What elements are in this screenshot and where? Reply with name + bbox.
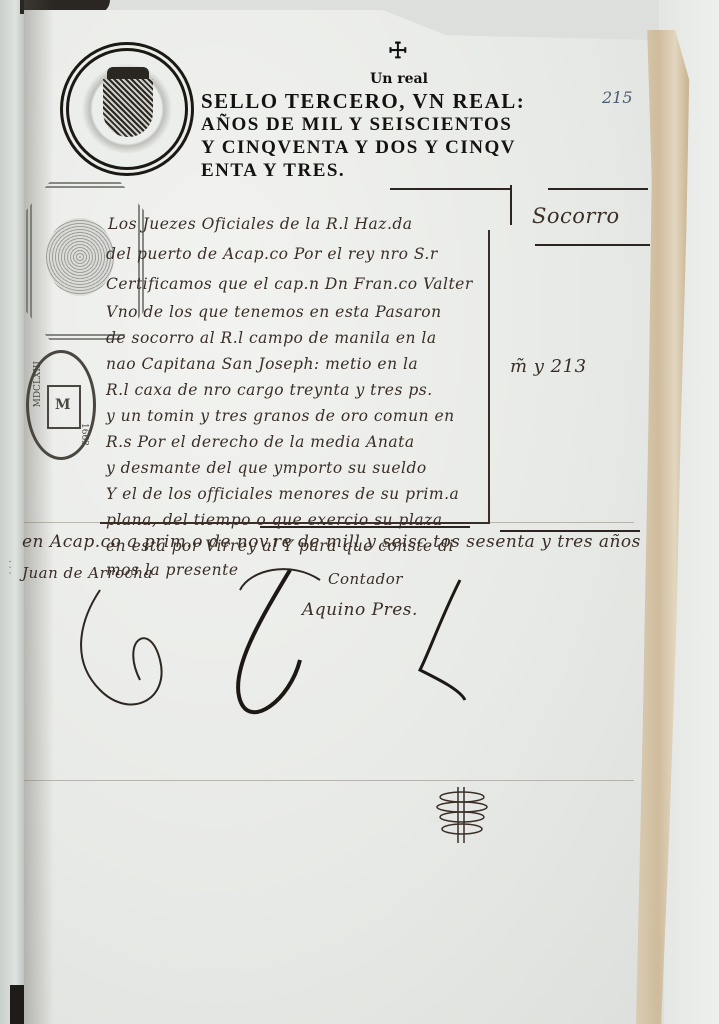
body-line: Certificamos que el cap.n Dn Fran.co Val… xyxy=(106,275,473,293)
body-line: Vno de los que tenemos en esta Pasaron xyxy=(106,303,442,321)
cross-icon: ☩ xyxy=(388,38,408,64)
seal-roman-year: MDCLXIII xyxy=(33,361,43,407)
crown-icon xyxy=(107,67,149,79)
spine-annotation: · · · xyxy=(4,560,14,574)
seal-initial: M xyxy=(55,397,71,413)
rule-line xyxy=(510,185,512,225)
stamp-title-line: ENTA Y TRES. xyxy=(201,159,631,182)
page-gutter-shadow xyxy=(24,0,54,1024)
shield-icon xyxy=(103,79,153,137)
seal-arabic-year: 1663 xyxy=(79,423,89,446)
margin-note-amount: m̃ y 213 xyxy=(510,356,587,377)
body-line: y un tomin y tres granos de oro comun en xyxy=(106,407,455,425)
body-line: Y el de los officiales menores de su pri… xyxy=(106,485,459,503)
margin-note-socorro: Socorro xyxy=(532,204,620,228)
closing-date-line: en Acap.co a prim.o de nov.re de mill y … xyxy=(22,532,641,552)
folio-number: 215 xyxy=(602,88,633,107)
body-line: Los Juezes Oficiales de la R.l Haz.da xyxy=(108,215,413,233)
stamp-title-line: Y CINQVENTA Y DOS Y CINQV xyxy=(201,136,631,159)
stamp-denomination: Un real xyxy=(370,71,428,87)
adjacent-page-left xyxy=(0,0,26,1024)
stamp-title-line: AÑOS DE MIL Y SEISCIENTOS xyxy=(201,113,631,136)
body-line: R.l caxa de nro cargo treynta y tres ps. xyxy=(106,381,433,399)
rubric-flourish xyxy=(432,785,492,845)
rule-line xyxy=(535,244,650,246)
fold-line xyxy=(24,780,634,781)
rule-line xyxy=(548,188,648,190)
body-line: y desmante del que ymporto su sueldo xyxy=(106,459,427,477)
rule-line xyxy=(390,188,510,190)
dated-oval-seal: MDCLXIII M 1663 xyxy=(26,350,96,460)
stamp-title-line: SELLO TERCERO, VN REAL: xyxy=(201,90,631,113)
body-line: del puerto de Acap.co Por el rey nro S.r xyxy=(106,245,438,263)
stamp-title: SELLO TERCERO, VN REAL: AÑOS DE MIL Y SE… xyxy=(201,90,631,182)
royal-coat-of-arms-seal xyxy=(60,42,194,176)
signature-flourishes xyxy=(60,560,480,740)
body-line: de socorro al R.l campo de manila en la xyxy=(106,329,437,347)
body-line: plana, del tiempo o que exercio su plaza xyxy=(106,511,442,529)
body-line: nao Capitana San Joseph: metio en la xyxy=(106,355,418,373)
body-line: R.s Por el derecho de la media Anata xyxy=(106,433,415,451)
